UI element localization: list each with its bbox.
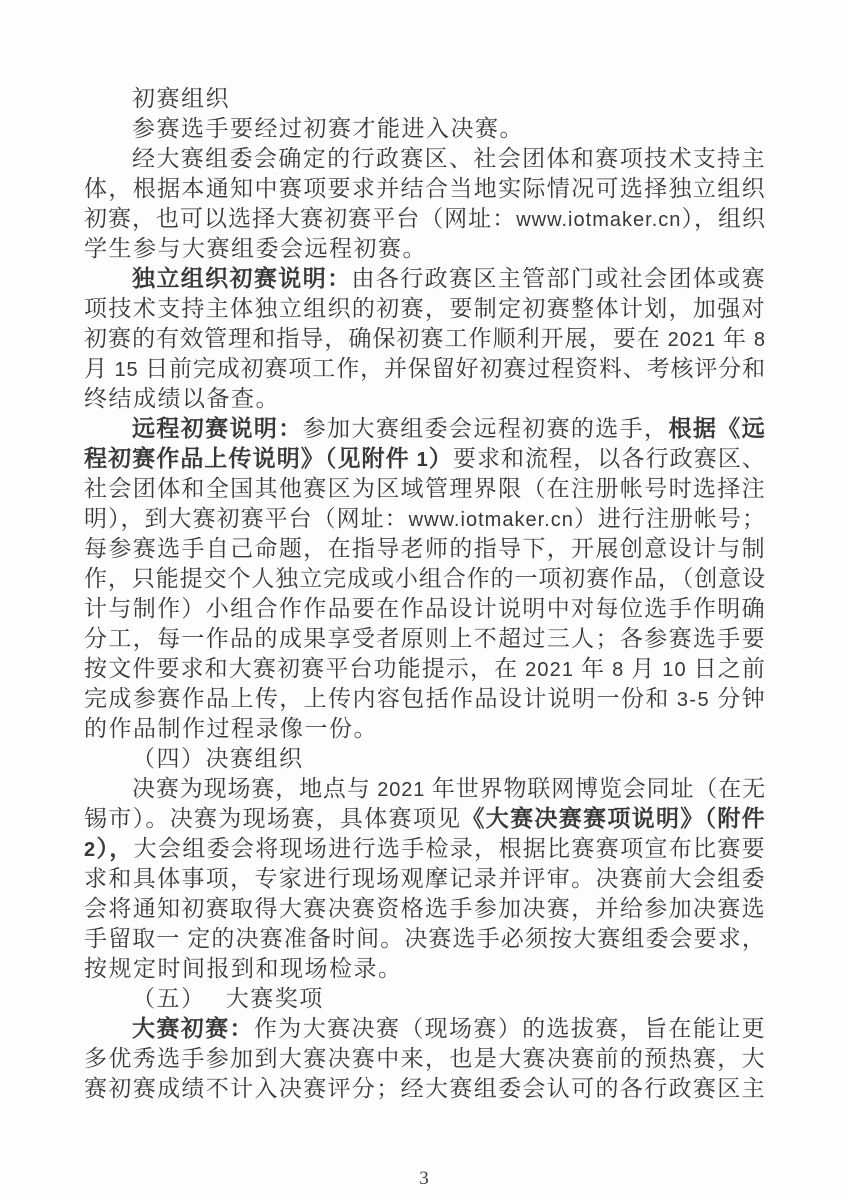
text-run: 大会组委会将现场进行选手检录，根据比赛赛项宣布比赛要 [134, 836, 766, 861]
text-run: 会将通知初赛取得大赛决赛资格选手参加决赛，并给参加决赛选 [84, 896, 766, 921]
text-run: 每参赛选手自己命题，在指导老师的指导下，开展创意设计与制 [84, 536, 766, 561]
text-line: 完成参赛作品上传，上传内容包括作品设计说明一份和 3-5 分钟 [84, 684, 766, 714]
latin-text-run: 8 [754, 329, 766, 351]
text-line: 独立组织初赛说明：由各行政赛区主管部门或社会团体或赛 [84, 264, 766, 294]
text-run: 计与制作）小组合作作品要在作品设计说明中对每位选手作明确 [84, 596, 766, 621]
text-run: 初赛的有效管理和指导，确保初赛工作顺利开展，要在 [84, 326, 668, 351]
text-line: 作，只能提交个人独立完成或小组合作的一项初赛作品，（创意设 [84, 564, 766, 594]
latin-text-run: 2021 [668, 329, 717, 351]
text-run: 远程初赛说明： [132, 416, 303, 441]
text-run: 初赛，也可以选择大赛初赛平台（网址： [84, 206, 516, 231]
text-run: 参加大赛组委会远程初赛的选手， [303, 416, 669, 441]
text-run: 手留取一 定的决赛准备时间。决赛选手必须按大赛组委会要求， [84, 926, 766, 951]
document-page: 初赛组织参赛选手要经过初赛才能进入决赛。经大赛组委会确定的行政赛区、社会团体和赛… [0, 0, 848, 1200]
text-run: ） [429, 446, 453, 471]
text-run: 学生参与大赛组委会远程初赛。 [84, 236, 427, 261]
text-run: 日之前 [687, 656, 766, 681]
text-line: 按文件要求和大赛初赛平台功能提示，在 2021 年 8 月 10 日之前 [84, 654, 766, 684]
text-line: 经大赛组委会确定的行政赛区、社会团体和赛项技术支持主 [84, 144, 766, 174]
text-run: ），组织 [681, 206, 766, 231]
text-run: 项技术支持主体独立组织的初赛，要制定初赛整体计划，加强对 [84, 296, 766, 321]
text-run: 锡市）。决赛为现场赛，具体赛项见 [84, 806, 461, 831]
text-run: 年世界物联网博览会同址（在无 [425, 776, 766, 801]
text-run: 按规定时间报到和现场检录。 [84, 956, 403, 981]
text-line: 计与制作）小组合作作品要在作品设计说明中对每位选手作明确 [84, 594, 766, 624]
text-line: 明），到大赛初赛平台（网址：www.iotmaker.cn）进行注册帐号； [84, 504, 766, 534]
text-run: 根据《远 [668, 416, 766, 441]
text-line: 大赛初赛：作为大赛决赛（现场赛）的选拔赛，旨在能让更 [84, 1014, 766, 1044]
text-line: 多优秀选手参加到大赛决赛中来，也是大赛决赛前的预热赛，大 [84, 1044, 766, 1074]
text-line: 2），大会组委会将现场进行选手检录，根据比赛赛项宣布比赛要 [84, 834, 766, 864]
page-number: 3 [419, 1168, 429, 1189]
text-run: ）， [96, 836, 133, 861]
text-line: 手留取一 定的决赛准备时间。决赛选手必须按大赛组委会要求， [84, 924, 766, 954]
text-run: 由各行政赛区主管部门或社会团体或赛 [351, 266, 766, 291]
text-line: 按规定时间报到和现场检录。 [84, 954, 766, 984]
latin-text-run: 2021 [377, 779, 425, 801]
text-line: 终结成绩以备查。 [84, 384, 766, 414]
text-line: 程初赛作品上传说明》（见附件 1）要求和流程，以各行政赛区、 [84, 444, 766, 474]
latin-text-run: 2 [84, 839, 96, 861]
text-run: 的作品制作过程录像一份。 [84, 716, 378, 741]
text-run: 分钟 [710, 686, 766, 711]
text-line: 月 15 日前完成初赛项工作，并保留好初赛过程资料、考核评分和 [84, 354, 766, 384]
text-line: 锡市）。决赛为现场赛，具体赛项见《大赛决赛赛项说明》（附件 [84, 804, 766, 834]
text-run: 参赛选手要经过初赛才能进入决赛。 [132, 116, 524, 141]
text-run: 完成参赛作品上传，上传内容包括作品设计说明一份和 [84, 686, 677, 711]
text-line: 求和具体事项，专家进行现场观摩记录并评审。决赛前大会组委 [84, 864, 766, 894]
text-run: 日前完成初赛项工作，并保留好初赛过程资料、考核评分和 [139, 356, 766, 381]
text-run: 作为大赛决赛（现场赛）的选拔赛，旨在能让更 [254, 1016, 766, 1041]
text-run: 决赛为现场赛，地点与 [132, 776, 377, 801]
text-line: 决赛为现场赛，地点与 2021 年世界物联网博览会同址（在无 [84, 774, 766, 804]
text-run: （四）决赛组织 [132, 746, 304, 771]
text-run: 赛初赛成绩不计入决赛评分；经大赛组委会认可的各行政赛区主 [84, 1076, 766, 1101]
text-run: 要求和流程，以各行政赛区、 [453, 446, 766, 471]
text-line: 分工，每一作品的成果享受者原则上不超过三人；各参赛选手要 [84, 624, 766, 654]
text-run: 求和具体事项，专家进行现场观摩记录并评审。决赛前大会组委 [84, 866, 766, 891]
text-run: 年 [716, 326, 754, 351]
latin-text-run: 3-5 [677, 689, 710, 711]
latin-text-run: 8 [612, 659, 624, 681]
text-line: 远程初赛说明：参加大赛组委会远程初赛的选手，根据《远 [84, 414, 766, 444]
text-run: 《大赛决赛赛项说明》（附件 [461, 806, 766, 831]
text-run: 大赛初赛： [132, 1016, 254, 1041]
text-run: 年 [574, 656, 612, 681]
text-line: 学生参与大赛组委会远程初赛。 [84, 234, 766, 264]
text-run: 明），到大赛初赛平台（网址： [84, 506, 409, 531]
latin-text-run: www.iotmaker.cn [516, 209, 681, 231]
text-run: 作，只能提交个人独立完成或小组合作的一项初赛作品，（创意设 [84, 566, 766, 591]
text-run: 经大赛组委会确定的行政赛区、社会团体和赛项技术支持主 [132, 146, 766, 171]
text-line: 会将通知初赛取得大赛决赛资格选手参加决赛，并给参加决赛选 [84, 894, 766, 924]
latin-text-run: 10 [662, 659, 687, 681]
text-line: 体，根据本通知中赛项要求并结合当地实际情况可选择独立组织 [84, 174, 766, 204]
text-line: 社会团体和全国其他赛区为区域管理界限（在注册帐号时选择注 [84, 474, 766, 504]
text-run: ）进行注册帐号； [574, 506, 766, 531]
latin-text-run: www.iotmaker.cn [409, 509, 574, 531]
text-line: （五） 大赛奖项 [84, 984, 766, 1014]
text-run: 分工，每一作品的成果享受者原则上不超过三人；各参赛选手要 [84, 626, 766, 651]
page-footer: 3 [0, 1168, 848, 1190]
text-run: 体，根据本通知中赛项要求并结合当地实际情况可选择独立组织 [84, 176, 766, 201]
latin-text-run: 15 [115, 359, 139, 381]
text-run: 程初赛作品上传说明》（见附件 [84, 446, 417, 471]
text-line: 初赛的有效管理和指导，确保初赛工作顺利开展，要在 2021 年 8 [84, 324, 766, 354]
document-body: 初赛组织参赛选手要经过初赛才能进入决赛。经大赛组委会确定的行政赛区、社会团体和赛… [84, 84, 766, 1104]
text-line: 每参赛选手自己命题，在指导老师的指导下，开展创意设计与制 [84, 534, 766, 564]
text-line: （四）决赛组织 [84, 744, 766, 774]
text-run: 终结成绩以备查。 [84, 386, 280, 411]
latin-text-run: 1 [417, 449, 429, 471]
text-line: 初赛，也可以选择大赛初赛平台（网址：www.iotmaker.cn），组织 [84, 204, 766, 234]
text-line: 参赛选手要经过初赛才能进入决赛。 [84, 114, 766, 144]
text-run: （五） 大赛奖项 [132, 986, 324, 1011]
text-run: 月 [84, 356, 115, 381]
text-run: 按文件要求和大赛初赛平台功能提示，在 [84, 656, 525, 681]
latin-text-run: 2021 [525, 659, 574, 681]
text-line: 的作品制作过程录像一份。 [84, 714, 766, 744]
text-line: 赛初赛成绩不计入决赛评分；经大赛组委会认可的各行政赛区主 [84, 1074, 766, 1104]
text-run: 初赛组织 [132, 86, 230, 111]
text-run: 月 [624, 656, 662, 681]
text-line: 初赛组织 [84, 84, 766, 114]
text-run: 多优秀选手参加到大赛决赛中来，也是大赛决赛前的预热赛，大 [84, 1046, 766, 1071]
text-line: 项技术支持主体独立组织的初赛，要制定初赛整体计划，加强对 [84, 294, 766, 324]
text-run: 社会团体和全国其他赛区为区域管理界限（在注册帐号时选择注 [84, 476, 766, 501]
text-run: 独立组织初赛说明： [132, 266, 351, 291]
